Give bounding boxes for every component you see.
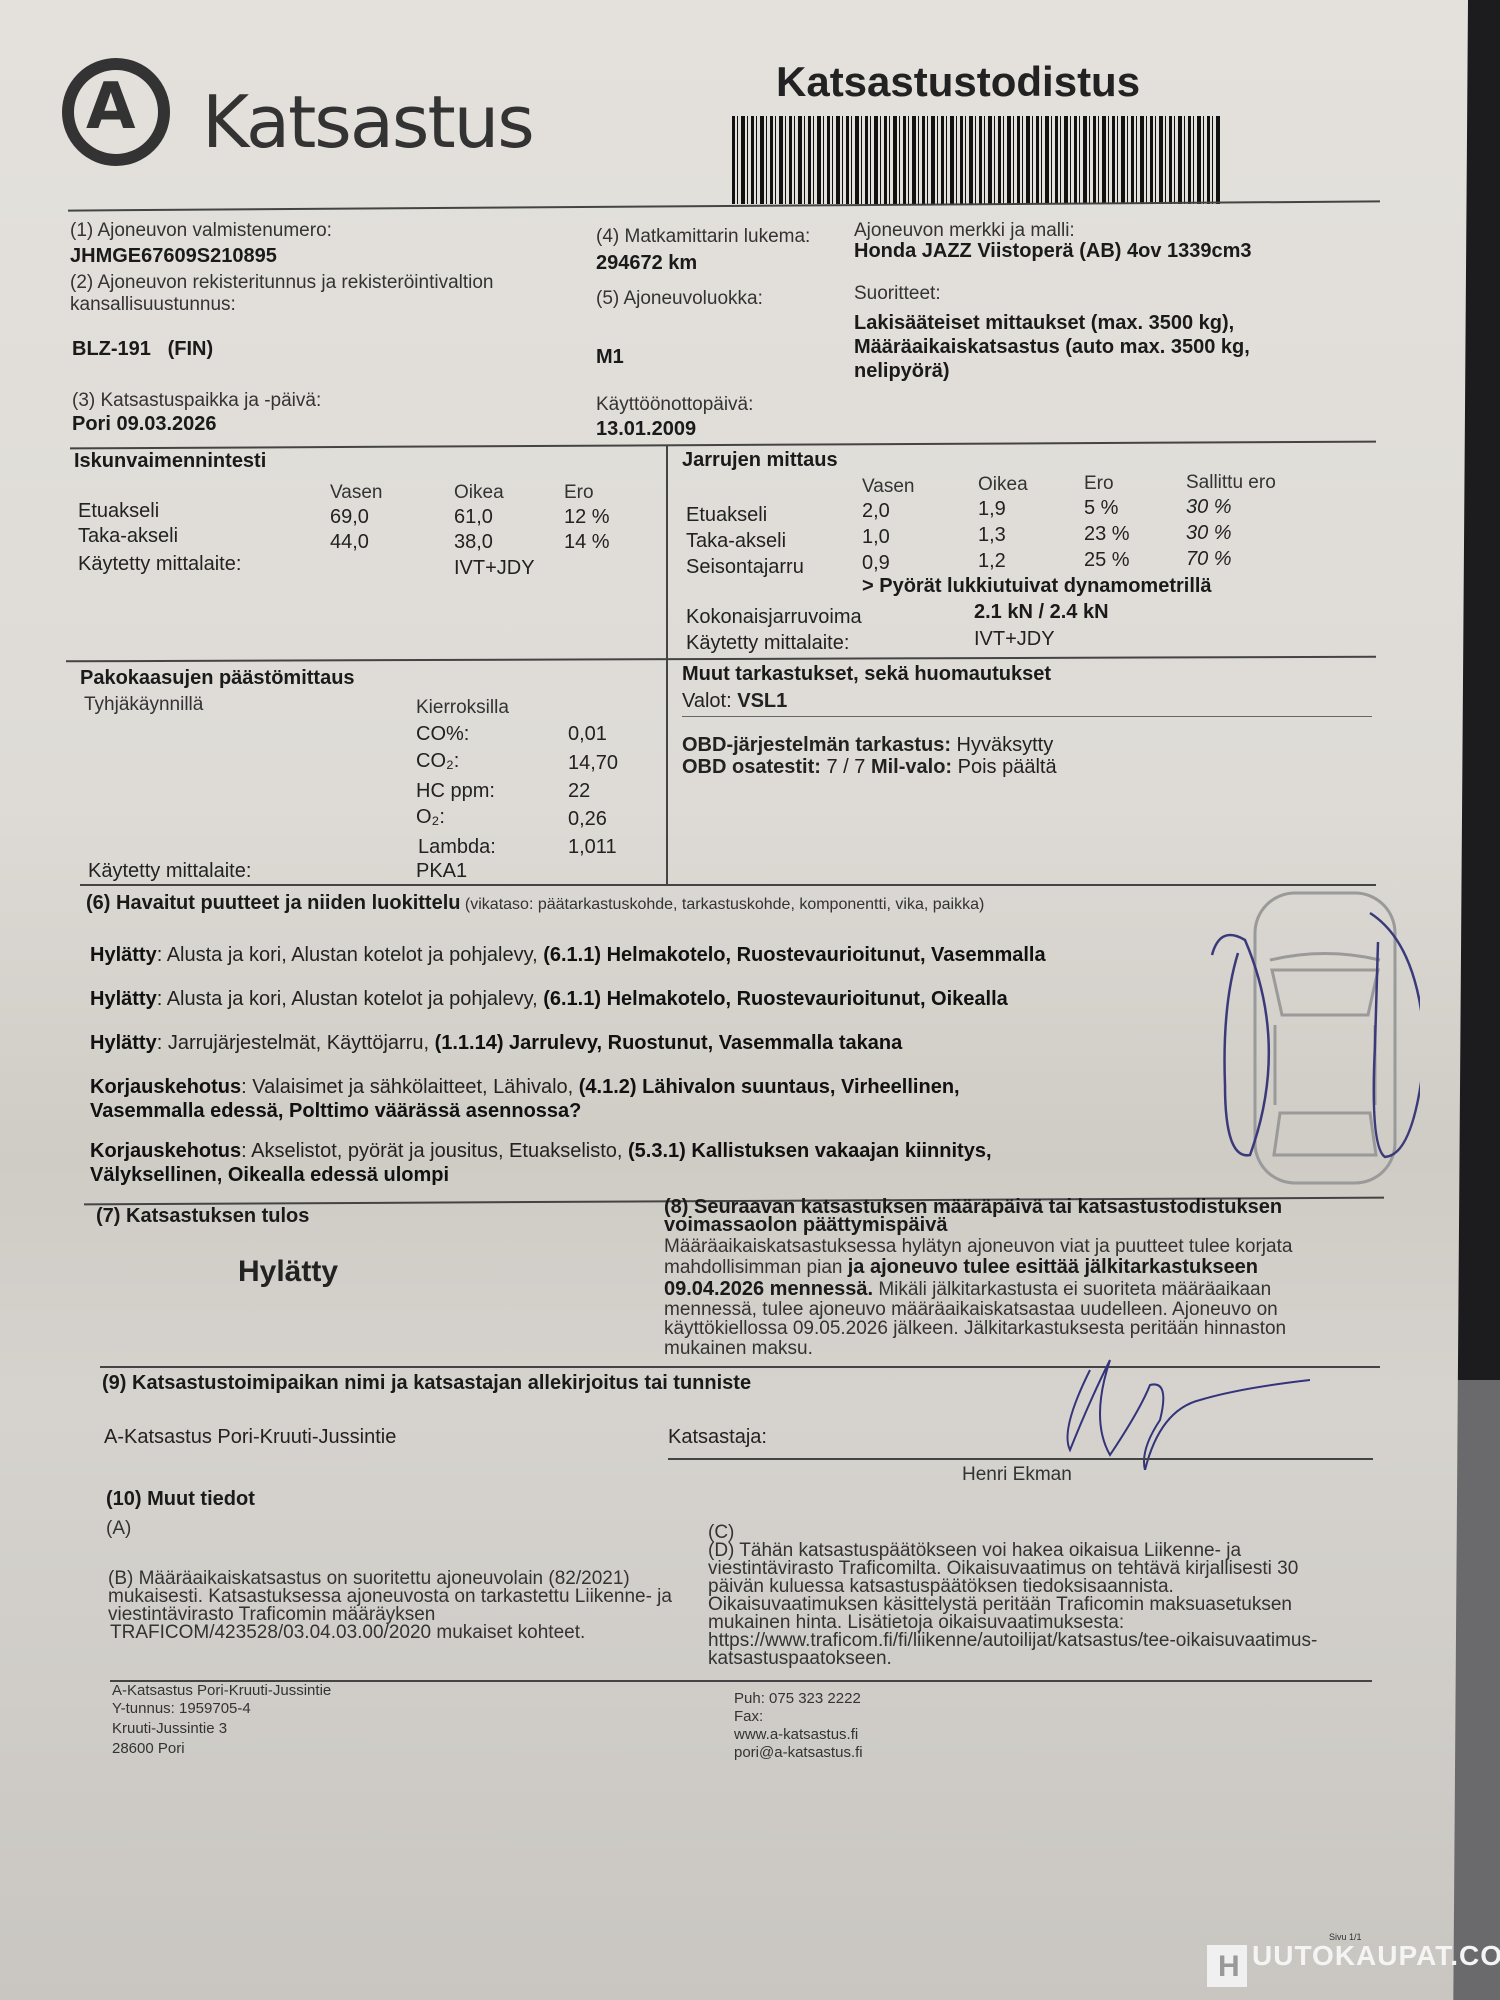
brakes-row-allowed: 70 % — [1186, 548, 1232, 571]
defect-level: Hylätty — [90, 944, 157, 966]
next-line-6: mukainen maksu. — [664, 1338, 813, 1360]
defect-category: : Akselistot, pyörät ja jousitus, Etuaks… — [241, 1140, 628, 1162]
place-label: (3) Katsastuspaikka ja -päivä: — [72, 390, 321, 412]
brakes-col-allowed: Sallittu ero — [1186, 472, 1276, 494]
lights-row: Valot: VSL1 — [682, 690, 787, 713]
intro-date-value: 13.01.2009 — [596, 418, 696, 441]
brakes-row-diff: 25 % — [1084, 549, 1130, 572]
other-checks-title: Muut tarkastukset, sekä huomautukset — [682, 663, 1051, 686]
obd-value: Hyväksytty — [957, 734, 1054, 756]
obd-sub-label: OBD osatestit: — [682, 756, 821, 778]
emissions-device-label: Käytetty mittalaite: — [88, 860, 251, 883]
shock-row-right: 38,0 — [454, 531, 493, 554]
shock-row-left: 44,0 — [330, 531, 369, 554]
footer-email[interactable]: pori@a-katsastus.fi — [734, 1744, 863, 1761]
emissions-device-value: PKA1 — [416, 860, 467, 883]
brakes-col-right: Oikea — [978, 474, 1028, 496]
watermark-letter: H — [1218, 1950, 1240, 1984]
emissions-title: Pakokaasujen päästömittaus — [80, 667, 355, 690]
brakes-col-left: Vasen — [862, 476, 914, 498]
brakes-row-diff: 23 % — [1084, 523, 1130, 546]
emission-value: 0,26 — [568, 808, 607, 831]
shock-col-left: Vasen — [330, 482, 382, 504]
defects-subtitle: (vikataso: päätarkastuskohde, tarkastusk… — [465, 896, 984, 913]
brakes-title: Jarrujen mittaus — [682, 449, 838, 472]
services-label: Suoritteet: — [854, 283, 941, 305]
brakes-device-label: Käytetty mittalaite: — [686, 632, 849, 655]
next-bold-text: ja ajoneuvo tulee esittää jälkitarkastuk… — [848, 1256, 1258, 1278]
emission-name: Lambda: — [418, 836, 496, 859]
defect-item-continued: Vasemmalla edessä, Polttimo väärässä ase… — [90, 1100, 581, 1123]
defect-level: Hylätty — [90, 988, 157, 1010]
brakes-row-name: Etuakseli — [686, 504, 767, 527]
defect-detail: (6.1.1) Helmakotelo, Ruostevaurioitunut,… — [543, 988, 1008, 1010]
divider — [66, 656, 1376, 663]
make-value: Honda JAZZ Viistoperä (AB) 4ov 1339cm3 — [854, 240, 1252, 263]
next-title-2: voimassaolon päättymispäivä — [664, 1214, 947, 1237]
brakes-note: > Pyörät lukkiutuivat dynamometrillä — [862, 575, 1212, 598]
signature-title: (9) Katsastustoimipaikan nimi ja katsast… — [102, 1372, 751, 1395]
emission-value: 1,011 — [568, 836, 617, 859]
next-deadline: 09.04.2026 mennessä. — [664, 1278, 873, 1300]
mil-label: Mil-valo: — [871, 756, 952, 778]
services-line-1: Lakisääteiset mittaukset (max. 3500 kg), — [854, 312, 1234, 335]
defect-category: : Valaisimet ja sähkölaitteet, Lähivalo, — [241, 1076, 579, 1098]
signature-icon — [1050, 1340, 1370, 1470]
defect-level: Korjauskehotus — [90, 1076, 241, 1098]
document-title: Katsastustodistus — [776, 58, 1140, 106]
brakes-row-right: 1,3 — [978, 524, 1006, 547]
car-diagram-icon — [1200, 885, 1420, 1185]
defect-level: Korjauskehotus — [90, 1140, 241, 1162]
other-info-a: (A) — [106, 1518, 131, 1540]
inspection-certificate: A Katsastus Katsastustodistus (1) Ajoneu… — [0, 0, 1468, 2000]
shock-row-right: 61,0 — [454, 506, 493, 529]
shock-row-name: Taka-akseli — [78, 525, 178, 548]
emission-name: CO₂: — [416, 750, 459, 773]
signature-line — [668, 1458, 1373, 1460]
defect-detail-2: Välyksellinen, Oikealla edessä ulompi — [90, 1164, 449, 1186]
brakes-row-left: 0,9 — [862, 552, 890, 575]
divider — [80, 884, 1376, 886]
obd-sub-row: OBD osatestit: 7 / 7 Mil-valo: Pois pääl… — [682, 756, 1057, 779]
divider — [68, 200, 1380, 211]
other-info-b-4: TRAFICOM/423528/03.04.03.00/2020 mukaise… — [110, 1622, 585, 1644]
brakes-row-left: 1,0 — [862, 526, 890, 549]
inspector-label: Katsastaja: — [668, 1426, 767, 1449]
defect-item: Hylätty: Alusta ja kori, Alustan kotelot… — [90, 944, 1046, 967]
brakes-row-diff: 5 % — [1084, 497, 1118, 520]
shock-device-label: Käytetty mittalaite: — [78, 553, 241, 576]
defect-category: : Alusta ja kori, Alustan kotelot ja poh… — [157, 944, 544, 966]
defects-header: (6) Havaitut puutteet ja niiden luokitte… — [86, 892, 984, 915]
shock-title: Iskunvaimennintesti — [74, 450, 266, 473]
reg-label: (2) Ajoneuvon rekisteritunnus ja rekiste… — [70, 272, 494, 294]
emission-value: 0,01 — [568, 723, 607, 746]
place-value: Pori 09.03.2026 — [72, 413, 217, 436]
defect-item-continued: Välyksellinen, Oikealla edessä ulompi — [90, 1164, 449, 1187]
vin-label: (1) Ajoneuvon valmistenumero: — [70, 220, 332, 242]
defect-item: Hylätty: Jarrujärjestelmät, Käyttöjarru,… — [90, 1032, 902, 1055]
brakes-row-right: 1,9 — [978, 498, 1006, 521]
result-value: Hylätty — [238, 1255, 338, 1289]
brakes-row-allowed: 30 % — [1186, 522, 1232, 545]
column-divider — [666, 446, 668, 886]
footer-left-3: Kruuti-Jussintie 3 — [112, 1720, 227, 1737]
brakes-row-right: 1,2 — [978, 550, 1006, 573]
defect-category: : Jarrujärjestelmät, Käyttöjarru, — [157, 1032, 435, 1054]
vin-value: JHMGE67609S210895 — [70, 245, 277, 268]
shock-device-value: IVT+JDY — [454, 557, 535, 580]
shock-col-diff: Ero — [564, 482, 594, 504]
shock-row-name: Etuakseli — [78, 500, 159, 523]
obd-label: OBD-järjestelmän tarkastus: — [682, 734, 951, 756]
lights-label: Valot: — [682, 690, 732, 712]
emission-name: CO%: — [416, 723, 469, 746]
emission-value: 22 — [568, 780, 590, 803]
brakes-row-left: 2,0 — [862, 500, 890, 523]
station-name: A-Katsastus Pori-Kruuti-Jussintie — [104, 1426, 396, 1449]
brakes-row-name: Taka-akseli — [686, 530, 786, 553]
shock-row-left: 69,0 — [330, 506, 369, 529]
other-info-title: (10) Muut tiedot — [106, 1488, 255, 1511]
result-title: (7) Katsastuksen tulos — [96, 1205, 309, 1228]
footer-left-4: 28600 Pori — [112, 1740, 185, 1757]
defect-item: Korjauskehotus: Akselistot, pyörät ja jo… — [90, 1140, 992, 1163]
brakes-col-diff: Ero — [1084, 473, 1114, 495]
make-label: Ajoneuvon merkki ja malli: — [854, 220, 1075, 242]
emissions-idle-label: Tyhjäkäynnillä — [84, 694, 203, 716]
shock-row-diff: 14 % — [564, 531, 610, 554]
divider — [682, 716, 1372, 717]
odometer-label: (4) Matkamittarin lukema: — [596, 226, 810, 248]
emission-name: HC ppm: — [416, 780, 495, 803]
obd-sub-value: 7 / 7 — [826, 756, 865, 778]
reg-value: BLZ-191 (FIN) — [72, 338, 213, 361]
defect-item: Korjauskehotus: Valaisimet ja sähkölaitt… — [90, 1076, 960, 1099]
footer-website[interactable]: www.a-katsastus.fi — [734, 1726, 858, 1743]
footer-left-2: Y-tunnus: 1959705-4 — [112, 1700, 251, 1717]
odometer-value: 294672 km — [596, 252, 697, 275]
shock-row-diff: 12 % — [564, 506, 610, 529]
watermark-text: UUTOKAUPAT.COM — [1252, 1940, 1500, 1972]
defects-title: (6) Havaitut puutteet ja niiden luokitte… — [86, 892, 460, 914]
intro-date-label: Käyttöönottopäivä: — [596, 394, 753, 416]
footer-phone: Puh: 075 323 2222 — [734, 1690, 861, 1707]
brakes-row-allowed: 30 % — [1186, 496, 1232, 519]
services-line-3: nelipyörä) — [854, 360, 950, 383]
defect-detail: (5.3.1) Kallistuksen vakaajan kiinnitys, — [628, 1140, 992, 1162]
next-line-3: 09.04.2026 mennessä. Mikäli jälkitarkast… — [664, 1278, 1271, 1301]
defect-level: Hylätty — [90, 1032, 157, 1054]
defect-item: Hylätty: Alusta ja kori, Alustan kotelot… — [90, 988, 1008, 1011]
next-line-1: Määräaikaiskatsastuksessa hylätyn ajoneu… — [664, 1236, 1292, 1258]
footer-left-1: A-Katsastus Pori-Kruuti-Jussintie — [112, 1682, 331, 1699]
class-value: M1 — [596, 346, 624, 369]
other-info-d-7: katsastuspaatokseen. — [708, 1648, 892, 1670]
defect-detail: (6.1.1) Helmakotelo, Ruostevaurioitunut,… — [543, 944, 1045, 966]
inspector-name: Henri Ekman — [962, 1464, 1072, 1486]
brakes-row-name: Seisontajarru — [686, 556, 804, 579]
brakes-total-label: Kokonaisjarruvoima — [686, 606, 862, 629]
defect-detail: (1.1.14) Jarrulevy, Ruostunut, Vasemmall… — [435, 1032, 903, 1054]
shock-col-right: Oikea — [454, 482, 504, 504]
emission-name: O₂: — [416, 806, 445, 829]
logo-text: Katsastus — [202, 80, 533, 164]
defect-detail: (4.1.2) Lähivalon suuntaus, Virheellinen… — [579, 1076, 960, 1098]
lights-value: VSL1 — [737, 690, 787, 712]
next-line-5: käyttökiellossa 09.05.2026 jälkeen. Jälk… — [664, 1318, 1286, 1340]
services-line-2: Määräaikaiskatsastus (auto max. 3500 kg, — [854, 336, 1250, 359]
barcode — [732, 116, 1222, 204]
class-label: (5) Ajoneuvoluokka: — [596, 288, 763, 310]
emissions-rpm-label: Kierroksilla — [416, 697, 509, 719]
brakes-total-value: 2.1 kN / 2.4 kN — [974, 601, 1109, 624]
defect-detail-2: Vasemmalla edessä, Polttimo väärässä ase… — [90, 1100, 581, 1122]
next-text: Mikäli jälkitarkastusta ei suoriteta mää… — [873, 1279, 1271, 1300]
reg-label-2: kansallisuustunnus: — [70, 294, 236, 316]
obd-row: OBD-järjestelmän tarkastus: Hyväksytty — [682, 734, 1053, 757]
next-text: mahdollisimman pian — [664, 1257, 848, 1278]
emission-value: 14,70 — [568, 752, 618, 775]
defect-category: : Alusta ja kori, Alustan kotelot ja poh… — [157, 988, 544, 1010]
logo-letter: A — [86, 70, 136, 144]
next-line-2: mahdollisimman pian ja ajoneuvo tulee es… — [664, 1256, 1258, 1279]
mil-value: Pois päältä — [958, 756, 1057, 778]
brakes-device-value: IVT+JDY — [974, 628, 1055, 651]
footer-fax: Fax: — [734, 1708, 763, 1725]
